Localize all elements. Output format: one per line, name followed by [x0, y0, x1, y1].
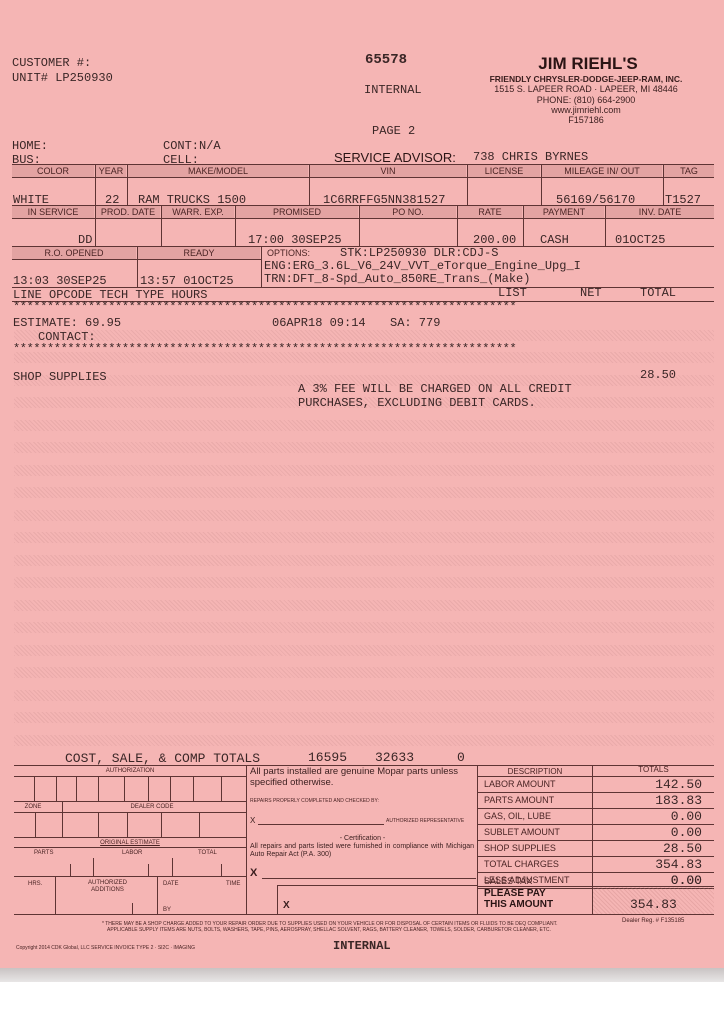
- totals-row-value: 354.83: [655, 857, 702, 872]
- unit-number: UNIT# LP250930: [12, 71, 113, 85]
- in-service-value: DD: [78, 233, 92, 247]
- divider: [98, 776, 99, 801]
- dealer-subtitle: FRIENDLY CHRYSLER-DODGE-JEEP-RAM, INC.: [474, 74, 698, 84]
- divider: [157, 876, 158, 914]
- column-list: LIST: [498, 286, 527, 300]
- credit-fee-notice-line1: A 3% FEE WILL BE CHARGED ON ALL CREDIT: [298, 382, 572, 396]
- sale-total: 32633: [375, 750, 414, 765]
- authorization-label: AUTHORIZATION: [14, 768, 246, 774]
- column-total: TOTAL: [640, 286, 676, 300]
- page-edge-shadow: [0, 968, 724, 982]
- copyright: Copyright 2014 CDK Global, LLC SERVICE I…: [16, 945, 195, 951]
- totals-row-value: 0.00: [671, 809, 702, 824]
- divider: [605, 206, 606, 246]
- totals-row-label: SALES TAX: [484, 876, 532, 886]
- divider: [457, 206, 458, 246]
- authorized-additions-label: AUTHORIZED ADDITIONS: [80, 880, 135, 894]
- vehicle-header-tag: TAG: [664, 165, 714, 177]
- divider: [235, 206, 236, 246]
- divider: [261, 247, 262, 287]
- divider: [161, 206, 162, 246]
- divider: [12, 177, 714, 178]
- service-header-rate: RATE: [458, 206, 522, 218]
- ro-opened-value: 13:03 30SEP25: [13, 274, 107, 288]
- dealer-website[interactable]: www.jimriehl.com: [474, 105, 698, 115]
- divider: [14, 776, 246, 777]
- dealer-name: JIM RIEHL'S: [478, 54, 698, 74]
- total-label: TOTAL: [198, 850, 217, 856]
- repairs-checked-label: REPAIRS PROPERLY COMPLETED AND CHECKED B…: [250, 798, 379, 804]
- service-header-warr-exp: WARR. EXP.: [162, 206, 234, 218]
- divider: [467, 165, 468, 205]
- divider: [221, 776, 222, 801]
- service-advisor-value: 738 CHRIS BYRNES: [473, 150, 588, 164]
- divider: [14, 812, 246, 813]
- divider: [137, 247, 138, 287]
- vehicle-header-year: YEAR: [96, 165, 126, 177]
- options-label: OPTIONS:: [267, 248, 310, 258]
- divider: [62, 812, 63, 837]
- divider: [70, 864, 71, 876]
- dealer-address: 1515 S. LAPEER ROAD · LAPEER, MI 48446: [474, 84, 698, 94]
- please-pay-label-1: PLEASE PAY: [484, 888, 546, 899]
- representative-signature-line[interactable]: [258, 824, 384, 825]
- by-label: BY: [163, 907, 171, 913]
- vehicle-header-vin: VIN: [310, 165, 466, 177]
- footer-internal-label: INTERNAL: [333, 939, 391, 953]
- divider: [124, 776, 125, 801]
- totals-row-value: 142.50: [655, 777, 702, 792]
- service-header-in-service: IN SERVICE: [12, 206, 94, 218]
- options-stock-dealer: STK:LP250930 DLR:CDJ-S: [340, 246, 498, 260]
- please-pay-label-2: THIS AMOUNT: [484, 899, 553, 910]
- star-separator-top: ****************************************…: [13, 300, 516, 314]
- divider: [663, 165, 664, 205]
- dealer-code: F157186: [474, 115, 698, 125]
- totals-row-label: SUBLET AMOUNT: [484, 827, 560, 837]
- vehicle-header-color: COLOR: [12, 165, 94, 177]
- authorized-representative-label: AUTHORIZED REPRESENTATIVE: [386, 818, 464, 824]
- totals-row-value: 28.50: [663, 841, 702, 856]
- vehicle-header-license: LICENSE: [468, 165, 540, 177]
- divider: [193, 776, 194, 801]
- star-separator-bottom: ****************************************…: [13, 342, 516, 356]
- customer-number-label: CUSTOMER #:: [12, 56, 91, 70]
- footer-note-line2: APPLICABLE SUPPLY ITEMS ARE NUTS, BOLTS,…: [107, 927, 551, 933]
- divider: [76, 776, 77, 801]
- divider: [95, 165, 96, 205]
- invoice-number: 65578: [365, 52, 407, 68]
- inv-date-value: 01OCT25: [615, 233, 665, 247]
- divider: [127, 812, 128, 837]
- service-advisor-label: SERVICE ADVISOR:: [334, 150, 456, 165]
- mopar-notice: All parts installed are genuine Mopar pa…: [250, 766, 475, 788]
- divider: [98, 812, 99, 837]
- totals-row-label: TOTAL CHARGES: [484, 859, 559, 869]
- comp-total: 0: [457, 750, 465, 765]
- totals-row-gas-oil-lube: GAS, OIL, LUBE 0.00: [477, 809, 714, 825]
- divider: [14, 876, 246, 877]
- divider: [127, 165, 128, 205]
- shop-supplies-line-value: 28.50: [640, 368, 676, 382]
- sa-number: SA: 779: [390, 316, 440, 330]
- totals-row-shop-supplies: SHOP SUPPLIES 28.50: [477, 841, 714, 857]
- ro-ready-value: 13:57 01OCT25: [140, 274, 234, 288]
- options-engine: ENG:ERG_3.6L_V6_24V_VVT_eTorque_Engine_U…: [264, 259, 581, 273]
- time-label: TIME: [226, 881, 240, 887]
- ro-header-ready: READY: [138, 247, 260, 259]
- dealer-code-label: DEALER CODE: [62, 804, 242, 810]
- hrs-label: HRS.: [28, 881, 42, 887]
- divider: [148, 864, 149, 876]
- divider: [55, 876, 56, 914]
- totals-row-sublet: SUBLET AMOUNT 0.00: [477, 825, 714, 841]
- column-net: NET: [580, 286, 602, 300]
- zone-label: ZONE: [18, 804, 48, 810]
- estimate: ESTIMATE: 69.95: [13, 316, 121, 330]
- options-transmission: TRN:DFT_8-Spd_Auto_850RE_Trans_(Make): [264, 272, 530, 286]
- original-estimate-label: ORIGINAL ESTIMATE: [14, 840, 246, 846]
- service-header-promised: PROMISED: [236, 206, 358, 218]
- page-number: PAGE 2: [372, 124, 415, 138]
- totals-row-label: PARTS AMOUNT: [484, 795, 554, 805]
- credit-fee-notice-line2: PURCHASES, EXCLUDING DEBIT CARDS.: [298, 396, 536, 410]
- divider: [172, 858, 173, 876]
- dealer-phone: PHONE: (810) 664-2900: [474, 95, 698, 105]
- divider: [246, 766, 247, 914]
- totals-row-labor: LABOR AMOUNT 142.50: [477, 777, 714, 793]
- promised-value: 17:00 30SEP25: [248, 233, 342, 247]
- divider: [523, 206, 524, 246]
- labor-label: LABOR: [122, 850, 142, 856]
- signature-x-pay: X: [283, 900, 290, 911]
- totals-row-value: 0.00: [671, 825, 702, 840]
- estimate-time: 06APR18 09:14: [272, 316, 366, 330]
- shop-supplies-line: SHOP SUPPLIES: [13, 370, 107, 384]
- totals-header-totals: TOTALS: [593, 765, 714, 774]
- divider: [148, 776, 149, 801]
- divider: [14, 801, 246, 802]
- divider: [359, 206, 360, 246]
- totals-row-label: SHOP SUPPLIES: [484, 843, 556, 853]
- cont-label: CONT:N/A: [163, 139, 221, 153]
- divider: [161, 812, 162, 837]
- certification-title: - Certification -: [250, 835, 475, 842]
- invoice-paper: CUSTOMER #: UNIT# LP250930 65578 INTERNA…: [0, 0, 724, 968]
- divider: [132, 903, 133, 914]
- divider: [14, 914, 714, 915]
- divider: [170, 776, 171, 801]
- divider: [34, 776, 35, 801]
- vehicle-header-mileage: MILEAGE IN/ OUT: [542, 165, 662, 177]
- divider: [221, 864, 222, 876]
- date-label: DATE: [163, 881, 179, 887]
- totals-row-label: LABOR AMOUNT: [484, 779, 556, 789]
- divider: [12, 218, 714, 219]
- service-header-prod-date: PROD. DATE: [96, 206, 160, 218]
- divider: [14, 847, 246, 848]
- divider: [541, 165, 542, 205]
- parts-label: PARTS: [34, 850, 53, 856]
- totals-row-total-charges: TOTAL CHARGES 354.83: [477, 857, 714, 873]
- home-label: HOME:: [12, 139, 48, 153]
- totals-header-description: DESCRIPTION: [478, 767, 592, 776]
- divider: [95, 206, 96, 246]
- ro-header-opened: R.O. OPENED: [12, 247, 136, 259]
- cost-sale-comp-label: COST, SALE, & COMP TOTALS: [65, 751, 260, 766]
- divider: [14, 837, 246, 838]
- divider: [93, 858, 94, 876]
- customer-signature-line[interactable]: [262, 878, 476, 879]
- divider: [62, 801, 63, 812]
- payment-value: CASH: [540, 233, 569, 247]
- divider: [277, 885, 278, 914]
- totals-row-value: 183.83: [655, 793, 702, 808]
- rate-value: 200.00: [473, 233, 516, 247]
- totals-row-label: GAS, OIL, LUBE: [484, 811, 551, 821]
- vehicle-header-make-model: MAKE/MODEL: [128, 165, 308, 177]
- cost-total: 16595: [308, 750, 347, 765]
- service-header-inv-date: INV. DATE: [606, 206, 714, 218]
- divider: [309, 165, 310, 205]
- divider: [199, 812, 200, 837]
- internal-label: INTERNAL: [364, 83, 422, 97]
- certification-text: All repairs and parts listed were furnis…: [250, 843, 474, 859]
- totals-row-parts: PARTS AMOUNT 183.83: [477, 793, 714, 809]
- dealer-registration: Dealer Reg. # F135185: [622, 918, 684, 924]
- divider: [277, 885, 477, 886]
- service-header-payment: PAYMENT: [524, 206, 604, 218]
- divider: [35, 812, 36, 837]
- divider: [56, 776, 57, 801]
- signature-x-representative: X: [250, 816, 255, 825]
- signature-x-customer: X: [250, 867, 257, 879]
- service-header-po-no: PO NO.: [360, 206, 456, 218]
- please-pay-amount: 354.83: [630, 897, 677, 912]
